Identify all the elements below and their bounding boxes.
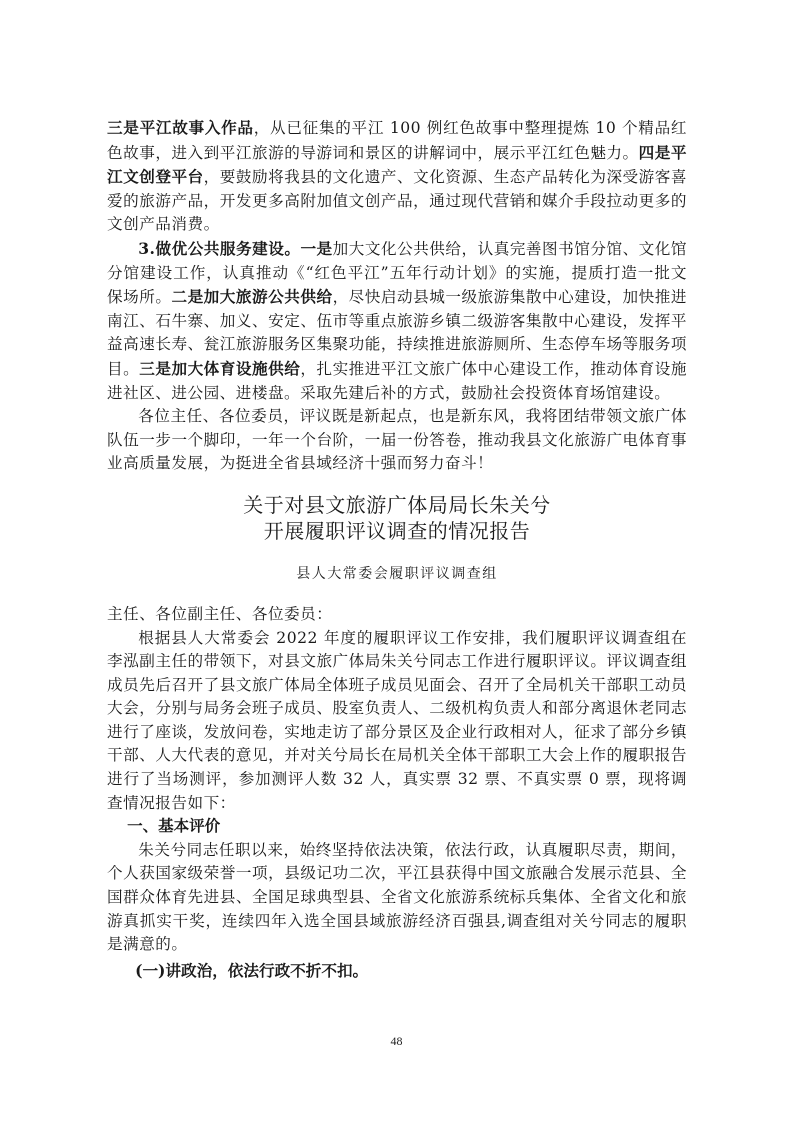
paragraph-evaluation: 朱关兮同志任职以来，始终坚持依法决策，依法行政，认真履职尽责，期间，个人获国家级… [107, 839, 687, 957]
paragraph-intro: 根据县人大常委会 2022 年度的履职评议工作安排，我们履职评议调查组在李泓副主… [107, 627, 687, 816]
bold-phrase: 二是加大旅游公共供给 [171, 287, 332, 306]
bold-phrase: 三是平江故事入作品 [107, 118, 254, 137]
bold-phrase: 3.做优公共服务建设。一是 [138, 239, 332, 258]
section-heading: 一、基本评价 [107, 815, 687, 839]
paragraph-closing: 各位主任、各位委员，评议既是新起点，也是新东风，我将团结带领文旅广体队伍一步一个… [107, 405, 687, 476]
report-author: 县人大常委会履职评议调查组 [107, 563, 687, 583]
report-title: 关于对县文旅游广体局局长朱关兮 开展履职评议调查的情况报告 [107, 492, 687, 544]
document-page: 三是平江故事入作品，从已征集的平江 100 例红色故事中整理提炼 10 个精品红… [107, 116, 687, 982]
subsection-heading: (一)讲政治，依法行政不折不扣。 [107, 959, 687, 983]
bold-phrase: 三是加大体育设施供给 [139, 359, 300, 378]
salutation: 主任、各位副主任、各位委员： [107, 603, 687, 627]
report-title-line2: 开展履职评议调查的情况报告 [107, 518, 687, 544]
page-number: 48 [0, 1034, 793, 1049]
paragraph-public-services: 3.做优公共服务建设。一是加大文化公共供给，认真完善图书馆分馆、文化馆分馆建设工… [107, 237, 687, 405]
report-title-line1: 关于对县文旅游广体局局长朱关兮 [107, 492, 687, 518]
paragraph-cultural-works: 三是平江故事入作品，从已征集的平江 100 例红色故事中整理提炼 10 个精品红… [107, 116, 687, 237]
